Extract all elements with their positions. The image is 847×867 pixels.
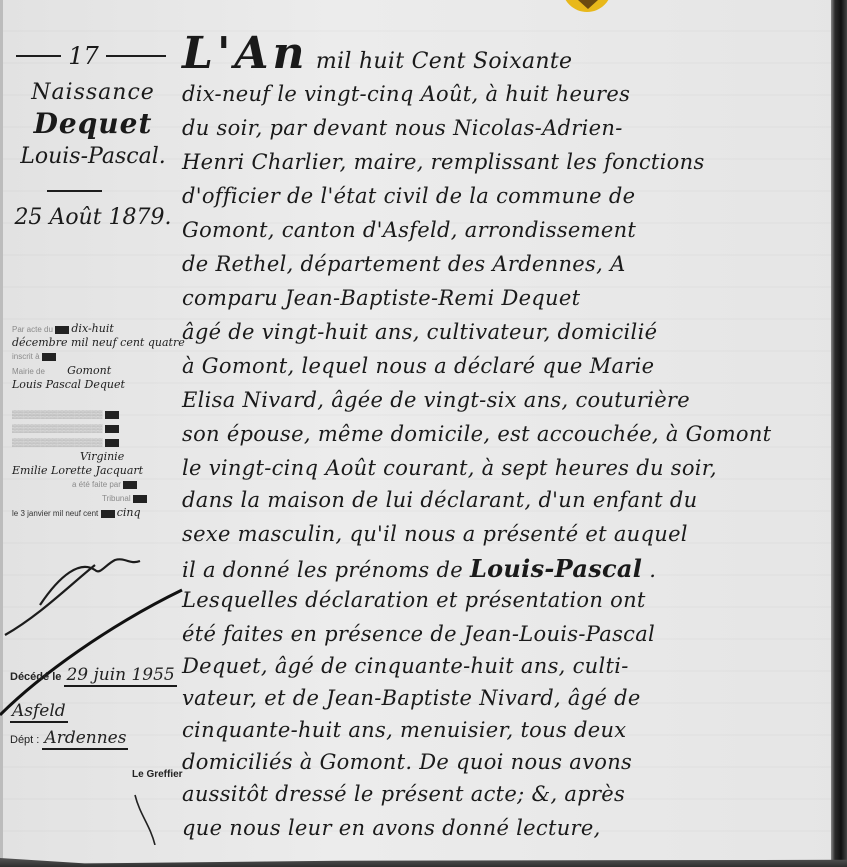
body-line: Lesquelles déclaration et présentation o… — [182, 588, 646, 612]
annotation-line: Virginie — [12, 450, 182, 464]
act-number: 17 — [62, 42, 105, 70]
body-line: d'officier de l'état civil de la commune… — [182, 184, 635, 208]
body-line: vateur, et de Jean-Baptiste Nivard, âgé … — [182, 686, 641, 710]
body-line: Elisa Nivard, âgée de vingt-six ans, cou… — [182, 388, 690, 412]
margin-column: 17 Naissance Dequet Louis-Pascal. 25 Aoû… — [0, 0, 185, 867]
annotation-line: décembre mil neuf cent quatre — [12, 336, 182, 350]
body-line: dix-neuf le vingt-cinq Août, à huit heur… — [182, 82, 630, 106]
body-line: domiciliés à Gomont. De quoi nous avons — [182, 750, 632, 774]
redaction-blot — [123, 481, 137, 489]
officer-signature — [0, 545, 200, 845]
act-number-row: 17 — [16, 42, 166, 70]
body-line: du soir, par devant nous Nicolas-Adrien- — [182, 116, 623, 140]
clerk-label: Le Greffier — [132, 769, 183, 780]
death-place-value: Asfeld — [10, 701, 68, 723]
annotation-line: Mairie de Gomont — [12, 364, 182, 378]
body-line: comparu Jean-Baptiste-Remi Dequet — [182, 286, 580, 310]
annotation-line: le 3 janvier mil neuf cent cinq — [12, 506, 182, 520]
child-given-names: Louis-Pascal. — [8, 144, 178, 169]
short-rule — [47, 190, 102, 192]
annotation-line: Emilie Lorette Jacquart — [12, 464, 182, 478]
death-date-value: 29 juin 1955 — [64, 665, 176, 687]
body-line: Henri Charlier, maire, remplissant les f… — [182, 150, 705, 174]
body-line: âgé de vingt-huit ans, cultivateur, domi… — [182, 320, 657, 344]
annotation-line: ▒▒▒▒▒▒▒▒▒▒▒▒▒▒▒▒ — [12, 422, 182, 436]
child-given-names-body: Louis-Pascal — [470, 554, 642, 583]
annotation-line: Par acte du dix-huit — [12, 322, 182, 336]
body-line: aussitôt dressé le présent acte; &, aprè… — [182, 782, 625, 806]
chevron-down-icon — [578, 0, 598, 9]
redaction-blot — [42, 353, 56, 361]
act-type: Naissance — [8, 80, 178, 105]
body-line: cinquante-huit ans, menuisier, tous deux — [182, 718, 626, 742]
act-date: 25 Août 1879. — [8, 205, 178, 230]
body-line: son épouse, même domicile, est accouchée… — [182, 422, 771, 446]
redaction-blot — [105, 411, 119, 419]
body-line: Dequet, âgé de cinquante-huit ans, culti… — [182, 654, 629, 678]
annotation-line: inscrit à — [12, 350, 182, 364]
annotation-line: ▒▒▒▒▒▒▒▒▒▒▒▒▒▒▒▒ — [12, 408, 182, 422]
death-place-row: Asfeld — [10, 701, 68, 721]
redaction-blot — [105, 439, 119, 447]
body-line: été faites en présence de Jean-Louis-Pas… — [182, 622, 655, 646]
body-line: que nous leur en avons donné lecture, — [182, 816, 601, 840]
opening-word: L'An — [182, 28, 309, 79]
body-line: il a donné les prénoms de Louis-Pascal . — [182, 554, 656, 583]
death-dept-label: Dépt : — [10, 734, 39, 746]
death-dept-row: Dépt : Ardennes — [10, 728, 128, 748]
annotation-line: a été faite par — [12, 478, 182, 492]
annotation-line: Tribunal — [12, 492, 182, 506]
death-date-label: Décédé le — [10, 671, 61, 683]
annotation-line: ▒▒▒▒▒▒▒▒▒▒▒▒▒▒▒▒ — [12, 436, 182, 450]
body-line: le vingt-cinq Août courant, à sept heure… — [182, 456, 717, 480]
annotation-line: Louis Pascal Dequet — [12, 378, 182, 392]
child-surname: Dequet — [8, 107, 178, 140]
rule-right — [106, 55, 166, 57]
body-line: Gomont, canton d'Asfeld, arrondissement — [182, 218, 636, 242]
redaction-blot — [55, 326, 69, 334]
redaction-blot — [133, 495, 147, 503]
death-dept-value: Ardennes — [42, 728, 128, 750]
marriage-annotation-stamp: Par acte du dix-huit décembre mil neuf c… — [12, 322, 182, 520]
redaction-blot — [101, 510, 115, 518]
body-line: L'An mil huit Cent Soixante — [182, 28, 572, 79]
redaction-blot — [105, 425, 119, 433]
page-binding-shadow — [831, 0, 847, 867]
body-line: de Rethel, département des Ardennes, A — [182, 252, 626, 276]
rule-left — [16, 55, 61, 57]
body-line: sexe masculin, qu'il nous a présenté et … — [182, 522, 688, 546]
register-page: 17 Naissance Dequet Louis-Pascal. 25 Aoû… — [0, 0, 847, 867]
body-line: dans la maison de lui déclarant, d'un en… — [182, 488, 697, 512]
body-line: à Gomont, lequel nous a déclaré que Mari… — [182, 354, 654, 378]
death-date-row: Décédé le 29 juin 1955 — [10, 665, 177, 685]
